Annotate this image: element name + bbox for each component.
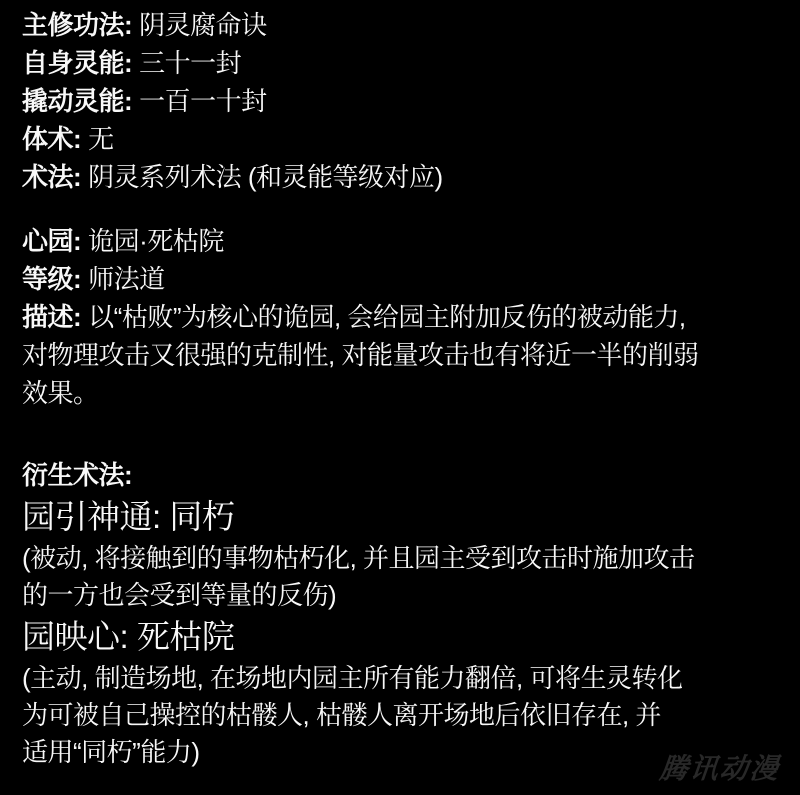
stat-label: 术法:: [22, 162, 81, 192]
skill-name-tongxiu: 园引神通: 同朽: [22, 494, 780, 540]
derived-spells-heading: 衍生术法:: [22, 456, 780, 494]
stat-value: 三十一封: [139, 48, 241, 78]
heart-garden-section: 心园:诡园·死枯院 等级:师法道 描述:以“枯败”为核心的诡园, 会给园主附加反…: [22, 222, 780, 412]
stat-label: 描述:: [22, 302, 81, 332]
stat-label: 等级:: [22, 264, 81, 294]
tencent-comics-watermark: 腾讯动漫: [658, 747, 782, 787]
stat-value: 一百一十封: [139, 86, 267, 116]
skill-name-sikuyuan: 园映心: 死枯院: [22, 614, 780, 660]
stat-value: 诡园·死枯院: [88, 226, 224, 256]
stat-line-spells: 术法:阴灵系列术法 (和灵能等级对应): [22, 158, 780, 196]
stat-line-main-technique: 主修功法:阴灵腐命诀: [22, 6, 780, 44]
skill-desc-tongxiu: (被动, 将接触到的事物枯朽化, 并且园主受到攻击时施加攻击 的一方也会受到等量…: [22, 540, 780, 614]
stat-value: 师法道: [88, 264, 165, 294]
stat-line-leverage-spirit-energy: 撬动灵能:一百一十封: [22, 82, 780, 120]
stat-label: 心园:: [22, 226, 81, 256]
stat-line-description: 描述:以“枯败”为核心的诡园, 会给园主附加反伤的被动能力, 对物理攻击又很强的…: [22, 298, 780, 412]
stat-value: 阴灵系列术法 (和灵能等级对应): [88, 162, 443, 192]
stat-line-body-technique: 体术:无: [22, 120, 780, 158]
cultivation-section: 主修功法:阴灵腐命诀 自身灵能:三十一封 撬动灵能:一百一十封 体术:无 术法:…: [22, 6, 780, 196]
stat-value: 无: [88, 124, 114, 154]
derived-spells-section: 衍生术法: 园引神通: 同朽 (被动, 将接触到的事物枯朽化, 并且园主受到攻击…: [22, 456, 780, 771]
stat-label: 自身灵能:: [22, 48, 132, 78]
stat-label: 主修功法:: [22, 10, 132, 40]
stat-line-heart-garden: 心园:诡园·死枯院: [22, 222, 780, 260]
stat-label: 体术:: [22, 124, 81, 154]
stat-label: 撬动灵能:: [22, 86, 132, 116]
character-stat-sheet: 主修功法:阴灵腐命诀 自身灵能:三十一封 撬动灵能:一百一十封 体术:无 术法:…: [0, 0, 800, 795]
stat-value: 阴灵腐命诀: [139, 10, 267, 40]
stat-line-grade: 等级:师法道: [22, 260, 780, 298]
stat-line-self-spirit-energy: 自身灵能:三十一封: [22, 44, 780, 82]
stat-value: 以“枯败”为核心的诡园, 会给园主附加反伤的被动能力, 对物理攻击又很强的克制性…: [22, 302, 698, 408]
